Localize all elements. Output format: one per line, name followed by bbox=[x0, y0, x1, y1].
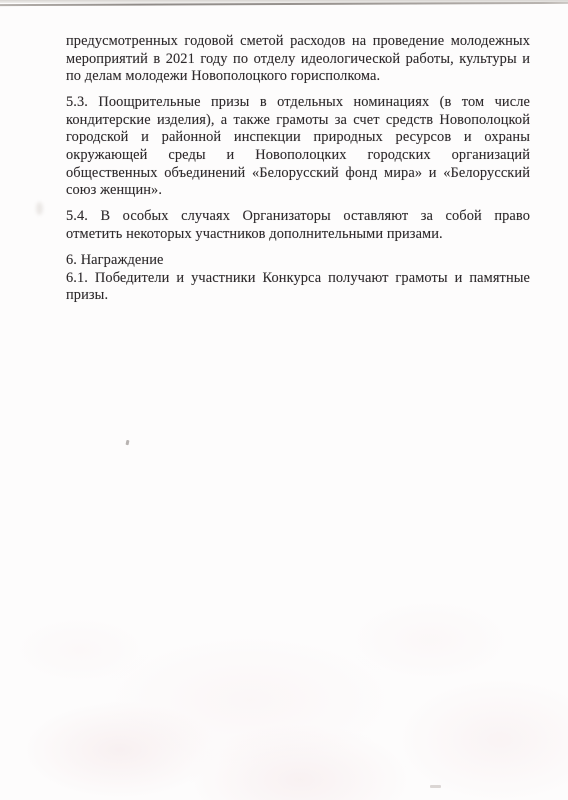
text-line: призы. bbox=[66, 287, 530, 305]
scan-smudge bbox=[36, 202, 43, 215]
text-line: окружающей среды и Новополоцких городски… bbox=[66, 147, 530, 165]
text-line: предусмотренных годовой сметой расходов … bbox=[66, 33, 530, 51]
para-6-1: 6.1. Победители и участники Конкурса пол… bbox=[66, 270, 530, 305]
text-line: отметить некоторых участников дополнител… bbox=[66, 226, 530, 244]
scan-speck bbox=[126, 440, 129, 445]
text-line: кондитерские изделия), а также грамоты з… bbox=[66, 112, 530, 130]
text-line: мероприятий в 2021 году по отделу идеоло… bbox=[66, 51, 530, 69]
text-line: общественных объединений «Белорусский фо… bbox=[66, 165, 530, 183]
text-line: 5.4. В особых случаях Организаторы остав… bbox=[66, 208, 530, 226]
scanned-document-screenshot: { "page": { "kind": "scanned-document-pa… bbox=[0, 0, 568, 800]
scan-speck bbox=[430, 785, 441, 788]
text-line: союз женщин». bbox=[66, 182, 530, 200]
document-text-block: предусмотренных годовой сметой расходов … bbox=[66, 33, 530, 313]
text-line: 5.3. Поощрительные призы в отдельных ном… bbox=[66, 94, 530, 112]
heading-6: 6. Награждение bbox=[66, 252, 530, 270]
text-line: 6. Награждение bbox=[66, 252, 530, 270]
scan-edge-line bbox=[0, 2, 568, 6]
para-5-3: 5.3. Поощрительные призы в отдельных ном… bbox=[66, 94, 530, 200]
text-line: городской и районной инспекции природных… bbox=[66, 129, 530, 147]
text-line: 6.1. Победители и участники Конкурса пол… bbox=[66, 270, 530, 288]
para-5-4: 5.4. В особых случаях Организаторы остав… bbox=[66, 208, 530, 243]
para-continuation: предусмотренных годовой сметой расходов … bbox=[66, 33, 530, 86]
text-line: по делам молодежи Новополоцкого гориспол… bbox=[66, 68, 530, 86]
